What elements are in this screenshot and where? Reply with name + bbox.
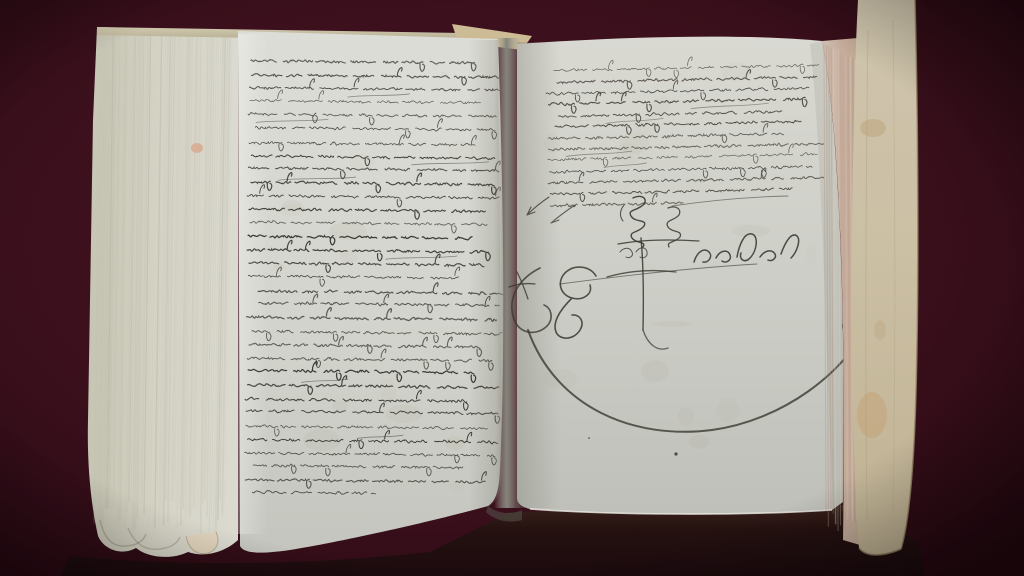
manuscript-photo [0, 0, 1024, 576]
photo-stage [0, 0, 1024, 576]
photo-vignette [0, 0, 1024, 576]
